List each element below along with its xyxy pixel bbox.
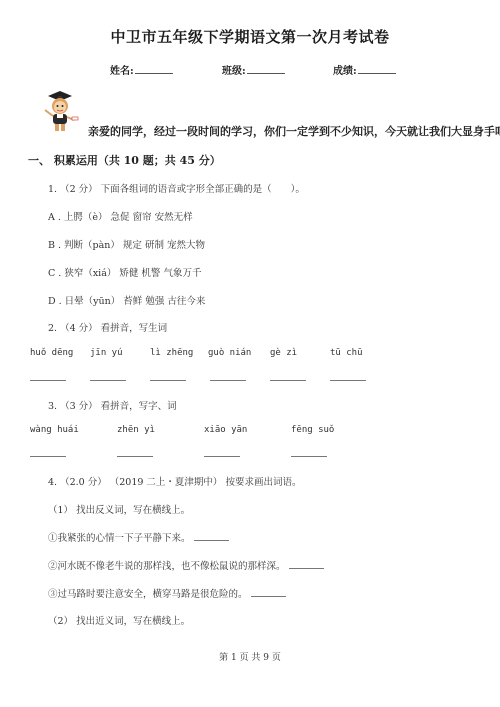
- score-label: 成绩:: [333, 66, 357, 77]
- q2-stem: 2. （4 分） 看拼音，写生词: [48, 320, 167, 334]
- q3-answer-line-2[interactable]: [117, 456, 153, 457]
- q2-pinyin-6: tū chū: [330, 348, 363, 358]
- q2-answer-line-3[interactable]: [150, 380, 186, 381]
- q2-answer-line-1[interactable]: [30, 380, 66, 381]
- q4-item-1-text: ①我紧张的心情一下子平静下来。: [48, 533, 191, 544]
- q2-pinyin-2: jīn yú: [90, 348, 123, 358]
- q2-pinyin-1: huǒ dēng: [30, 348, 73, 358]
- score-field: 成绩:: [333, 62, 396, 77]
- q4-item-2-text: ②河水既不像老牛说的那样浅，也不像松鼠说的那样深。: [48, 561, 286, 572]
- q4-item-2: ②河水既不像老牛说的那样浅，也不像松鼠说的那样深。: [48, 558, 324, 572]
- q1-option-b[interactable]: B . 判断（pàn） 规定 研制 宠然大物: [48, 237, 205, 251]
- q4-item-1-blank[interactable]: [194, 532, 229, 541]
- q3-pinyin-4: fēng suǒ: [291, 425, 334, 435]
- exam-title: 中卫市五年级下学期语文第一次月考试卷: [0, 26, 500, 47]
- q1-option-d[interactable]: D . 日晕（yūn） 苔鲜 勉强 古往今来: [48, 293, 205, 307]
- q4-item-1: ①我紧张的心情一下子平静下来。: [48, 530, 229, 544]
- q2-pinyin-5: gè zì: [270, 348, 297, 358]
- class-field: 班级:: [222, 62, 285, 77]
- q2-answer-line-5[interactable]: [270, 380, 306, 381]
- q3-stem: 3. （3 分） 看拼音，写字、词: [48, 398, 177, 412]
- q3-pinyin-1: wàng huái: [30, 425, 79, 435]
- greeting-text: 亲爱的同学，经过一段时间的学习，你们一定学到不少知识，今天就让我们大显身手吧！: [88, 123, 500, 139]
- q4-part1-instruction: （1） 找出反义词，写在横线上。: [48, 502, 190, 516]
- q4-item-3-text: ③过马路时要注意安全，横穿马路是很危险的。: [48, 589, 248, 600]
- name-blank[interactable]: [135, 64, 173, 74]
- q3-answer-line-1[interactable]: [30, 456, 66, 457]
- q1-option-a[interactable]: A . 上腭（è） 急促 窗帘 安然无样: [48, 209, 193, 223]
- q2-answer-line-2[interactable]: [90, 380, 126, 381]
- q1-stem: 1. （2 分） 下面各组词的语音或字形全部正确的是（ ）。: [48, 181, 305, 195]
- name-field: 姓名:: [110, 62, 173, 77]
- name-label: 姓名:: [110, 66, 134, 77]
- q3-answer-line-4[interactable]: [291, 456, 327, 457]
- q4-item-2-blank[interactable]: [289, 560, 324, 569]
- class-label: 班级:: [222, 66, 246, 77]
- q4-item-3: ③过马路时要注意安全，横穿马路是很危险的。: [48, 586, 286, 600]
- q4-stem: 4. （2.0 分） （2019 二上・夏津期中） 按要求画出词语。: [48, 474, 301, 488]
- q2-answer-line-4[interactable]: [210, 380, 246, 381]
- q2-pinyin-4: guò nián: [208, 348, 251, 358]
- q4-part2-instruction: （2） 找出近义词，写在横线上。: [48, 613, 190, 627]
- q2-pinyin-3: lì zhēng: [150, 348, 193, 358]
- graduate-mascot-icon: [36, 88, 82, 138]
- score-blank[interactable]: [358, 64, 396, 74]
- q4-item-3-blank[interactable]: [251, 588, 286, 597]
- q3-pinyin-2: zhēn yì: [117, 425, 155, 435]
- q1-option-c[interactable]: C . 狭窄（xiá） 矫健 机警 气象万千: [48, 265, 201, 279]
- section-heading: 一、 积累运用（共 10 题；共 45 分）: [28, 152, 221, 168]
- q2-answer-line-6[interactable]: [330, 380, 366, 381]
- page-number: 第 1 页 共 9 页: [0, 650, 500, 663]
- q3-answer-line-3[interactable]: [204, 456, 240, 457]
- q3-pinyin-3: xiāo yān: [204, 425, 247, 435]
- class-blank[interactable]: [247, 64, 285, 74]
